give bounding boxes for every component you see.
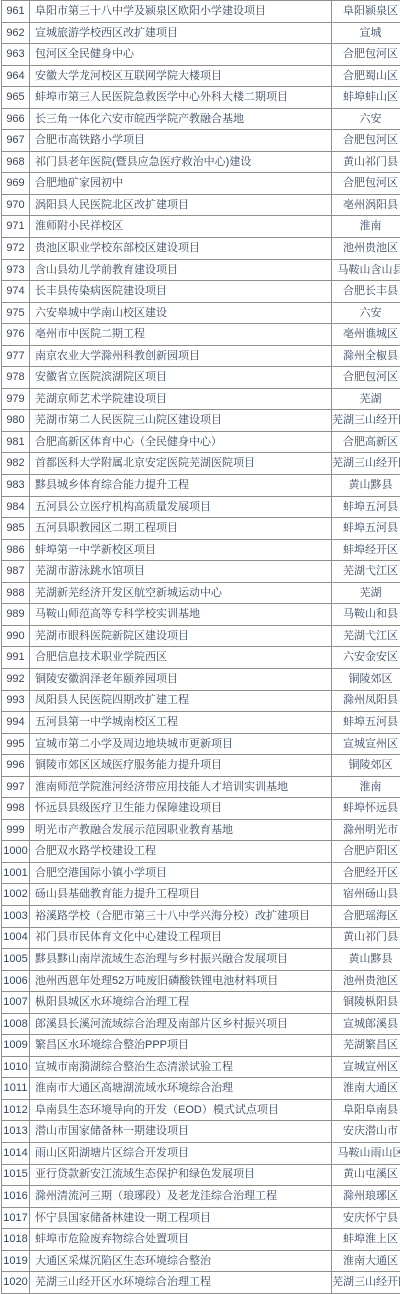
table-row: 970 涡阳县人民医院北区改扩建项目 亳州涡阳县 — [2, 194, 400, 216]
project-name-cell: 芜湖市眼科医院新院区建设项目 — [30, 625, 332, 647]
project-name-cell: 芜湖新芜经济开发区航空新城运动中心 — [30, 582, 332, 604]
region-cell: 合肥包河区 — [332, 173, 400, 195]
project-name-cell: 芜湖市第二人民医院三山院区建设项目 — [30, 410, 332, 432]
project-name-cell: 宣城市第二小学及周边地块城市更新项目 — [30, 733, 332, 755]
project-name-cell: 铜陵安徽润泽老年颐养园项目 — [30, 668, 332, 690]
region-cell: 蚌埠经开区 — [332, 539, 400, 561]
region-cell: 滁州全椒县 — [332, 345, 400, 367]
table-row: 961 阜阳市第三十八中学及颍泉区欧阳小学建设项目 阜阳颍泉区 — [2, 1, 400, 23]
region-cell: 淮南大通区 — [332, 1078, 400, 1100]
row-number-cell: 1001 — [2, 862, 30, 884]
row-number-cell: 1013 — [2, 1121, 30, 1143]
project-name-cell: 淮南师范学院淮河经济带应用技能人才培训实训基地 — [30, 776, 332, 798]
row-number-cell: 969 — [2, 173, 30, 195]
table-row: 974 长丰县传染病医院建设项目 合肥长丰县 — [2, 281, 400, 303]
row-number-cell: 971 — [2, 216, 30, 238]
region-cell: 安庆潜山市 — [332, 1121, 400, 1143]
region-cell: 蚌埠淮上区 — [332, 1229, 400, 1251]
table-row: 1014 雨山区阳湖塘片区综合开发项目 马鞍山雨山区 — [2, 1142, 400, 1164]
row-number-cell: 1004 — [2, 927, 30, 949]
row-number-cell: 994 — [2, 712, 30, 734]
project-name-cell: 黟县黟山南岸流域生态治理与乡村振兴融合发展项目 — [30, 949, 332, 971]
table-row: 995 宣城市第二小学及周边地块城市更新项目 宣城宣州区 — [2, 733, 400, 755]
table-row: 1003 裕溪路学校（合肥市第三十八中学兴海分校）改扩建项目 合肥瑶海区 — [2, 905, 400, 927]
region-cell: 亳州谯城区 — [332, 324, 400, 346]
project-name-cell: 阜南县生态环境导向的开发（EOD）模式试点项目 — [30, 1099, 332, 1121]
project-list-table: 961 阜阳市第三十八中学及颍泉区欧阳小学建设项目 阜阳颍泉区 962 宣城旅游… — [1, 0, 400, 1294]
row-number-cell: 966 — [2, 108, 30, 130]
row-number-cell: 975 — [2, 302, 30, 324]
region-cell: 宣城宣州区 — [332, 1056, 400, 1078]
row-number-cell: 991 — [2, 647, 30, 669]
region-cell: 亳州涡阳县 — [332, 194, 400, 216]
region-cell: 蚌埠蚌山区 — [332, 87, 400, 109]
region-cell: 芜湖三山经开区 — [332, 1272, 400, 1294]
row-number-cell: 995 — [2, 733, 30, 755]
region-cell: 合肥包河区 — [332, 367, 400, 389]
row-number-cell: 967 — [2, 130, 30, 152]
table-row: 975 六安皋城中学南山校区建设 六安 — [2, 302, 400, 324]
table-row: 1008 郎溪县长溪河流域综合治理及南部片区乡村振兴项目 宣城郎溪县 — [2, 1013, 400, 1035]
row-number-cell: 964 — [2, 65, 30, 87]
region-cell: 蚌埠五河县 — [332, 496, 400, 518]
project-name-cell: 涡阳县人民医院北区改扩建项目 — [30, 194, 332, 216]
table-row: 988 芜湖新芜经济开发区航空新城运动中心 芜湖 — [2, 582, 400, 604]
row-number-cell: 978 — [2, 367, 30, 389]
row-number-cell: 1020 — [2, 1272, 30, 1294]
row-number-cell: 984 — [2, 496, 30, 518]
region-cell: 黄山祁门县 — [332, 927, 400, 949]
row-number-cell: 1016 — [2, 1186, 30, 1208]
table-row: 1004 祁门县市民体育文化中心建设工程项目 黄山祁门县 — [2, 927, 400, 949]
table-row: 993 凤阳县人民医院四期改扩建工程 滁州凤阳县 — [2, 690, 400, 712]
region-cell: 合肥高新区 — [332, 431, 400, 453]
region-cell: 淮南大通区 — [332, 1250, 400, 1272]
project-name-cell: 亳州市中医院二期工程 — [30, 324, 332, 346]
row-number-cell: 979 — [2, 388, 30, 410]
project-name-cell: 芜湖三山经开区水环境综合治理工程 — [30, 1272, 332, 1294]
row-number-cell: 1005 — [2, 949, 30, 971]
table-row: 985 五河县职教园区二期工程项目 蚌埠五河县 — [2, 518, 400, 540]
row-number-cell: 988 — [2, 582, 30, 604]
project-name-cell: 大通区采煤沉陷区生态环境综合整治 — [30, 1250, 332, 1272]
table-row: 987 芜湖市游泳跳水馆项目 芜湖弋江区 — [2, 561, 400, 583]
project-name-cell: 砀山县基础教育能力提升工程项目 — [30, 884, 332, 906]
table-row: 1012 阜南县生态环境导向的开发（EOD）模式试点项目 阜阳阜南县 — [2, 1099, 400, 1121]
table-row: 1013 潜山市国家储备林一期建设项目 安庆潜山市 — [2, 1121, 400, 1143]
table-row: 1020 芜湖三山经开区水环境综合治理工程 芜湖三山经开区 — [2, 1272, 400, 1294]
row-number-cell: 985 — [2, 518, 30, 540]
region-cell: 合肥长丰县 — [332, 281, 400, 303]
project-name-cell: 阜阳市第三十八中学及颍泉区欧阳小学建设项目 — [30, 1, 332, 23]
project-name-cell: 六安皋城中学南山校区建设 — [30, 302, 332, 324]
row-number-cell: 1003 — [2, 905, 30, 927]
row-number-cell: 1000 — [2, 841, 30, 863]
table-row: 986 蚌埠第一中学新校区项目 蚌埠经开区 — [2, 539, 400, 561]
project-name-cell: 雨山区阳湖塘片区综合开发项目 — [30, 1142, 332, 1164]
table-row: 996 铜陵市郊区区域医疗服务能力提升项目 铜陵郊区 — [2, 755, 400, 777]
row-number-cell: 1014 — [2, 1142, 30, 1164]
table-row: 1011 淮南市大通区高塘湖流域水环境综合治理 淮南大通区 — [2, 1078, 400, 1100]
table-row: 1006 池州西恩年处理52万吨废旧磷酸铁锂电池材料项目 池州贵池区 — [2, 970, 400, 992]
table-row: 968 祁门县老年医院(暨县应急医疗救治中心)建设 黄山祁门县 — [2, 151, 400, 173]
region-cell: 滁州凤阳县 — [332, 690, 400, 712]
project-name-cell: 马鞍山师范高等专科学校实训基地 — [30, 604, 332, 626]
project-name-cell: 裕溪路学校（合肥市第三十八中学兴海分校）改扩建项目 — [30, 905, 332, 927]
project-name-cell: 蚌埠第一中学新校区项目 — [30, 539, 332, 561]
row-number-cell: 1008 — [2, 1013, 30, 1035]
row-number-cell: 1015 — [2, 1164, 30, 1186]
region-cell: 马鞍山含山县 — [332, 259, 400, 281]
row-number-cell: 987 — [2, 561, 30, 583]
region-cell: 合肥庐阳区 — [332, 841, 400, 863]
table-row: 992 铜陵安徽润泽老年颐养园项目 铜陵郊区 — [2, 668, 400, 690]
region-cell: 芜湖三山经开区 — [332, 410, 400, 432]
table-row: 976 亳州市中医院二期工程 亳州谯城区 — [2, 324, 400, 346]
table-row: 977 南京农业大学滁州科教创新园项目 滁州全椒县 — [2, 345, 400, 367]
region-cell: 黄山黟县 — [332, 475, 400, 497]
table-row: 983 黟县城乡体育综合能力提升工程 黄山黟县 — [2, 475, 400, 497]
region-cell: 滁州琅琊区 — [332, 1186, 400, 1208]
row-number-cell: 992 — [2, 668, 30, 690]
project-name-cell: 怀宁县国家储备林建设一期工程项目 — [30, 1207, 332, 1229]
row-number-cell: 1017 — [2, 1207, 30, 1229]
region-cell: 池州贵池区 — [332, 970, 400, 992]
project-name-cell: 长丰县传染病医院建设项目 — [30, 281, 332, 303]
row-number-cell: 962 — [2, 22, 30, 44]
table-row: 966 长三角一体化六安市皖西学院产教融合基地 六安 — [2, 108, 400, 130]
row-number-cell: 998 — [2, 798, 30, 820]
region-cell: 合肥蜀山区 — [332, 65, 400, 87]
region-cell: 铜陵郊区 — [332, 668, 400, 690]
region-cell: 六安 — [332, 302, 400, 324]
project-name-cell: 芜湖京师艺术学院建设项目 — [30, 388, 332, 410]
table-row: 971 淮师附小民祥校区 淮南 — [2, 216, 400, 238]
row-number-cell: 1011 — [2, 1078, 30, 1100]
project-name-cell: 宣城市南漪湖综合整治生态清淤试验工程 — [30, 1056, 332, 1078]
region-cell: 安庆怀宁县 — [332, 1207, 400, 1229]
region-cell: 黄山祁门县 — [332, 151, 400, 173]
row-number-cell: 996 — [2, 755, 30, 777]
region-cell: 六安金安区 — [332, 647, 400, 669]
row-number-cell: 982 — [2, 453, 30, 475]
region-cell: 蚌埠五河县 — [332, 712, 400, 734]
row-number-cell: 976 — [2, 324, 30, 346]
row-number-cell: 993 — [2, 690, 30, 712]
table-row: 962 宣城旅游学校西区改扩建项目 宣城 — [2, 22, 400, 44]
row-number-cell: 961 — [2, 1, 30, 23]
project-name-cell: 繁昌区水环境综合整治PPP项目 — [30, 1035, 332, 1057]
project-name-cell: 怀远县县级医疗卫生能力保障建设项目 — [30, 798, 332, 820]
row-number-cell: 977 — [2, 345, 30, 367]
project-name-cell: 合肥双水路学校建设工程 — [30, 841, 332, 863]
table-row: 963 包河区全民健身中心 合肥包河区 — [2, 44, 400, 66]
region-cell: 黄山黟县 — [332, 949, 400, 971]
row-number-cell: 980 — [2, 410, 30, 432]
table-row: 991 合肥信息技术职业学院西区 六安金安区 — [2, 647, 400, 669]
row-number-cell: 974 — [2, 281, 30, 303]
row-number-cell: 1019 — [2, 1250, 30, 1272]
table-row: 979 芜湖京师艺术学院建设项目 芜湖 — [2, 388, 400, 410]
row-number-cell: 1007 — [2, 992, 30, 1014]
row-number-cell: 990 — [2, 625, 30, 647]
project-name-cell: 祁门县市民体育文化中心建设工程项目 — [30, 927, 332, 949]
project-name-cell: 滁州清流河三期（琅琊段）及老龙洼综合治理工程 — [30, 1186, 332, 1208]
region-cell: 阜阳颍泉区 — [332, 1, 400, 23]
project-name-cell: 五河县职教园区二期工程项目 — [30, 518, 332, 540]
project-name-cell: 合肥信息技术职业学院西区 — [30, 647, 332, 669]
table-row: 1002 砀山县基础教育能力提升工程项目 宿州砀山县 — [2, 884, 400, 906]
project-name-cell: 郎溪县长溪河流域综合治理及南部片区乡村振兴项目 — [30, 1013, 332, 1035]
table-row: 1005 黟县黟山南岸流域生态治理与乡村振兴融合发展项目 黄山黟县 — [2, 949, 400, 971]
project-name-cell: 明光市产教融合发展示范园职业教育基地 — [30, 819, 332, 841]
project-name-cell: 含山县幼儿学前教育建设项目 — [30, 259, 332, 281]
row-number-cell: 981 — [2, 431, 30, 453]
row-number-cell: 983 — [2, 475, 30, 497]
table-row: 1019 大通区采煤沉陷区生态环境综合整治 淮南大通区 — [2, 1250, 400, 1272]
row-number-cell: 999 — [2, 819, 30, 841]
region-cell: 阜阳阜南县 — [332, 1099, 400, 1121]
region-cell: 滁州明光市 — [332, 819, 400, 841]
table-row: 998 怀远县县级医疗卫生能力保障建设项目 蚌埠怀远县 — [2, 798, 400, 820]
row-number-cell: 972 — [2, 238, 30, 260]
table-row: 1017 怀宁县国家储备林建设一期工程项目 安庆怀宁县 — [2, 1207, 400, 1229]
project-name-cell: 凤阳县人民医院四期改扩建工程 — [30, 690, 332, 712]
row-number-cell: 986 — [2, 539, 30, 561]
table-row: 964 安徽大学龙河校区互联网学院大楼项目 合肥蜀山区 — [2, 65, 400, 87]
table-row: 1015 亚行贷款新安江流域生态保护和绿色发展项目 黄山屯溪区 — [2, 1164, 400, 1186]
table-row: 1000 合肥双水路学校建设工程 合肥庐阳区 — [2, 841, 400, 863]
row-number-cell: 970 — [2, 194, 30, 216]
region-cell: 合肥包河区 — [332, 44, 400, 66]
region-cell: 合肥包河区 — [332, 130, 400, 152]
region-cell: 淮南 — [332, 216, 400, 238]
project-name-cell: 黟县城乡体育综合能力提升工程 — [30, 475, 332, 497]
region-cell: 宿州砀山县 — [332, 884, 400, 906]
row-number-cell: 963 — [2, 44, 30, 66]
project-name-cell: 祁门县老年医院(暨县应急医疗救治中心)建设 — [30, 151, 332, 173]
table-row: 973 含山县幼儿学前教育建设项目 马鞍山含山县 — [2, 259, 400, 281]
region-cell: 宣城郎溪县 — [332, 1013, 400, 1035]
region-cell: 宣城宣州区 — [332, 733, 400, 755]
project-name-cell: 淮师附小民祥校区 — [30, 216, 332, 238]
project-name-cell: 淮南市大通区高塘湖流域水环境综合治理 — [30, 1078, 332, 1100]
row-number-cell: 989 — [2, 604, 30, 626]
project-name-cell: 贵池区职业学校东部校区建设项目 — [30, 238, 332, 260]
project-name-cell: 合肥市高铁路小学项目 — [30, 130, 332, 152]
project-name-cell: 蚌埠市危险废弃物综合处置项目 — [30, 1229, 332, 1251]
region-cell: 芜湖繁昌区 — [332, 1035, 400, 1057]
project-name-cell: 亚行贷款新安江流域生态保护和绿色发展项目 — [30, 1164, 332, 1186]
project-name-cell: 安徽大学龙河校区互联网学院大楼项目 — [30, 65, 332, 87]
project-name-cell: 铜陵市郊区区域医疗服务能力提升项目 — [30, 755, 332, 777]
table-row: 994 五河县第一中学城南校区工程 蚌埠五河县 — [2, 712, 400, 734]
table-row: 990 芜湖市眼科医院新院区建设项目 芜湖弋江区 — [2, 625, 400, 647]
project-name-cell: 五河县第一中学城南校区工程 — [30, 712, 332, 734]
row-number-cell: 1010 — [2, 1056, 30, 1078]
row-number-cell: 1002 — [2, 884, 30, 906]
table-row: 969 合肥地矿家园初中 合肥包河区 — [2, 173, 400, 195]
region-cell: 蚌埠怀远县 — [332, 798, 400, 820]
table-row: 981 合肥高新区体育中心（全民健身中心） 合肥高新区 — [2, 431, 400, 453]
project-name-cell: 长三角一体化六安市皖西学院产教融合基地 — [30, 108, 332, 130]
row-number-cell: 973 — [2, 259, 30, 281]
table-row: 1018 蚌埠市危险废弃物综合处置项目 蚌埠淮上区 — [2, 1229, 400, 1251]
project-name-cell: 南京农业大学滁州科教创新园项目 — [30, 345, 332, 367]
project-name-cell: 蚌埠市第三人民医院急救医学中心外科大楼二期项目 — [30, 87, 332, 109]
region-cell: 蚌埠五河县 — [332, 518, 400, 540]
region-cell: 芜湖 — [332, 582, 400, 604]
table-row: 967 合肥市高铁路小学项目 合肥包河区 — [2, 130, 400, 152]
table-row: 984 五河县公立医疗机构高质量发展项目 蚌埠五河县 — [2, 496, 400, 518]
page: 961 阜阳市第三十八中学及颍泉区欧阳小学建设项目 阜阳颍泉区 962 宣城旅游… — [0, 0, 400, 1294]
row-number-cell: 1012 — [2, 1099, 30, 1121]
region-cell: 六安 — [332, 108, 400, 130]
region-cell: 淮南 — [332, 776, 400, 798]
region-cell: 宣城 — [332, 22, 400, 44]
project-name-cell: 首都医科大学附属北京安定医院芜湖医院项目 — [30, 453, 332, 475]
row-number-cell: 965 — [2, 87, 30, 109]
table-row: 997 淮南师范学院淮河经济带应用技能人才培训实训基地 淮南 — [2, 776, 400, 798]
table-row: 982 首都医科大学附属北京安定医院芜湖医院项目 芜湖三山经开区 — [2, 453, 400, 475]
table-row: 1016 滁州清流河三期（琅琊段）及老龙洼综合治理工程 滁州琅琊区 — [2, 1186, 400, 1208]
table-row: 1009 繁昌区水环境综合整治PPP项目 芜湖繁昌区 — [2, 1035, 400, 1057]
region-cell: 芜湖弋江区 — [332, 625, 400, 647]
table-row: 1007 枞阳县城区水环境综合治理工程 铜陵枞阳县 — [2, 992, 400, 1014]
project-name-cell: 合肥空港国际小镇小学项目 — [30, 862, 332, 884]
row-number-cell: 1009 — [2, 1035, 30, 1057]
table-row: 965 蚌埠市第三人民医院急救医学中心外科大楼二期项目 蚌埠蚌山区 — [2, 87, 400, 109]
table-row: 978 安徽省立医院滨湖院区项目 合肥包河区 — [2, 367, 400, 389]
table-row: 980 芜湖市第二人民医院三山院区建设项目 芜湖三山经开区 — [2, 410, 400, 432]
row-number-cell: 997 — [2, 776, 30, 798]
region-cell: 合肥经开区 — [332, 862, 400, 884]
table-row: 989 马鞍山师范高等专科学校实训基地 马鞍山和县 — [2, 604, 400, 626]
project-name-cell: 合肥高新区体育中心（全民健身中心） — [30, 431, 332, 453]
project-name-cell: 宣城旅游学校西区改扩建项目 — [30, 22, 332, 44]
region-cell: 马鞍山雨山区 — [332, 1142, 400, 1164]
project-name-cell: 合肥地矿家园初中 — [30, 173, 332, 195]
project-name-cell: 五河县公立医疗机构高质量发展项目 — [30, 496, 332, 518]
table-row: 1010 宣城市南漪湖综合整治生态清淤试验工程 宣城宣州区 — [2, 1056, 400, 1078]
row-number-cell: 1006 — [2, 970, 30, 992]
region-cell: 芜湖 — [332, 388, 400, 410]
region-cell: 铜陵郊区 — [332, 755, 400, 777]
project-name-cell: 安徽省立医院滨湖院区项目 — [30, 367, 332, 389]
region-cell: 芜湖三山经开区 — [332, 453, 400, 475]
region-cell: 合肥瑶海区 — [332, 905, 400, 927]
region-cell: 黄山屯溪区 — [332, 1164, 400, 1186]
project-table-body: 961 阜阳市第三十八中学及颍泉区欧阳小学建设项目 阜阳颍泉区 962 宣城旅游… — [2, 1, 400, 1294]
project-name-cell: 芜湖市游泳跳水馆项目 — [30, 561, 332, 583]
table-row: 999 明光市产教融合发展示范园职业教育基地 滁州明光市 — [2, 819, 400, 841]
row-number-cell: 1018 — [2, 1229, 30, 1251]
table-row: 1001 合肥空港国际小镇小学项目 合肥经开区 — [2, 862, 400, 884]
project-name-cell: 包河区全民健身中心 — [30, 44, 332, 66]
region-cell: 铜陵枞阳县 — [332, 992, 400, 1014]
table-row: 972 贵池区职业学校东部校区建设项目 池州贵池区 — [2, 238, 400, 260]
region-cell: 芜湖弋江区 — [332, 561, 400, 583]
region-cell: 池州贵池区 — [332, 238, 400, 260]
region-cell: 马鞍山和县 — [332, 604, 400, 626]
project-name-cell: 潜山市国家储备林一期建设项目 — [30, 1121, 332, 1143]
project-name-cell: 枞阳县城区水环境综合治理工程 — [30, 992, 332, 1014]
row-number-cell: 968 — [2, 151, 30, 173]
project-name-cell: 池州西恩年处理52万吨废旧磷酸铁锂电池材料项目 — [30, 970, 332, 992]
